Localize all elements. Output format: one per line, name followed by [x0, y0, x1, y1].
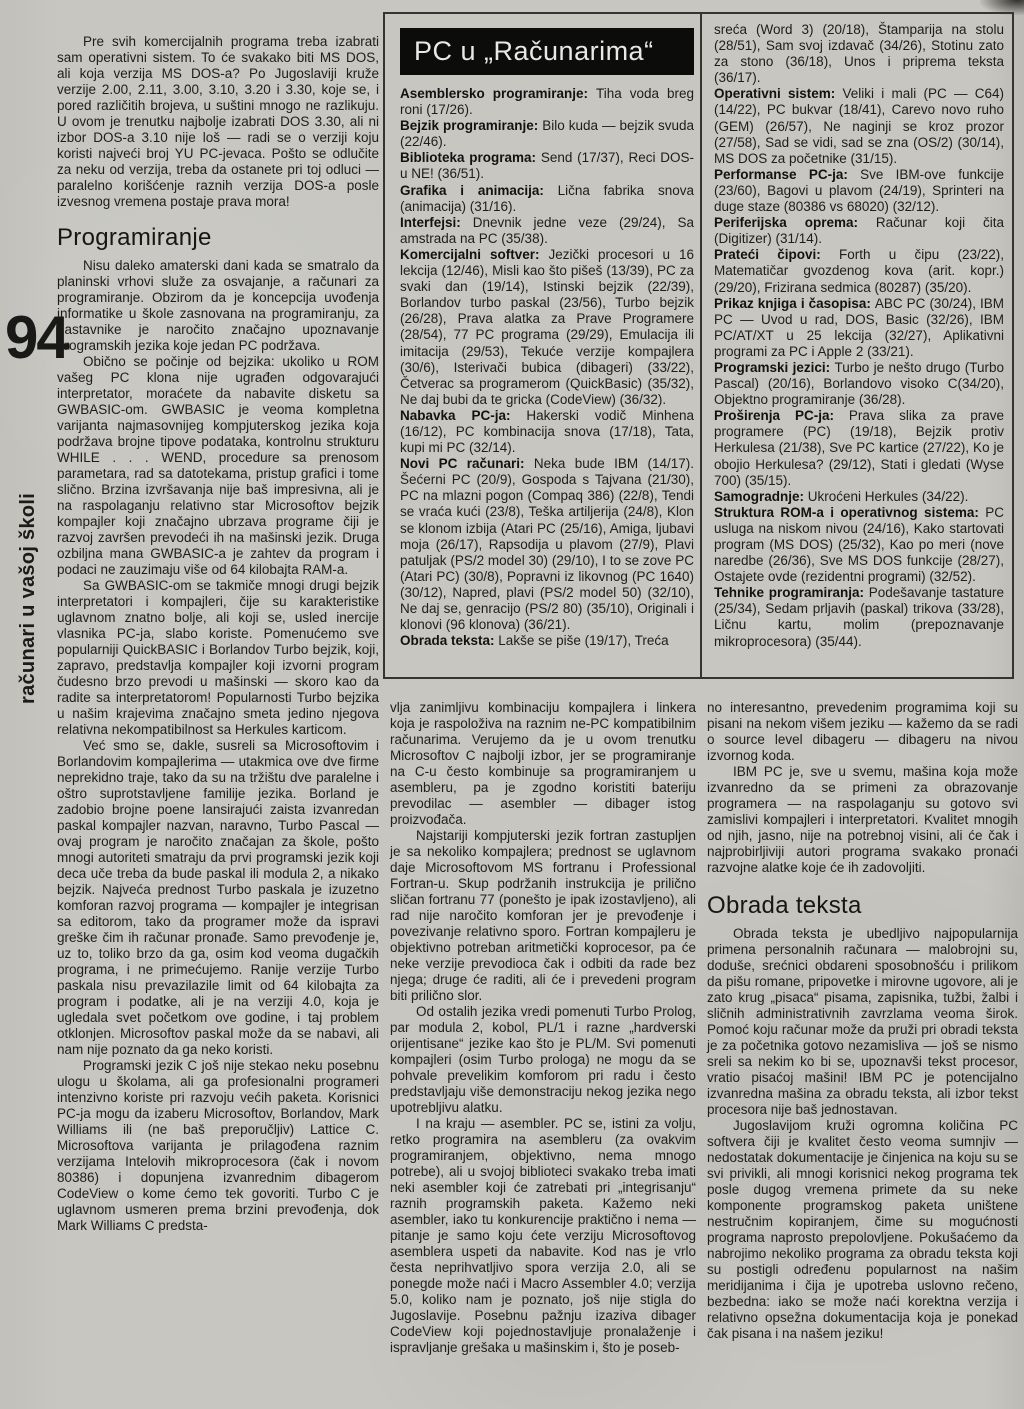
paragraph: no interesantno, prevedenim programima k…: [707, 700, 1018, 764]
index-entry: Asemblersko programiranje: Tiha voda bre…: [400, 86, 694, 118]
paragraph: Pre svih komercijalnih programa treba iz…: [57, 34, 379, 210]
index-entry: Proširenja PC-ja: Prava slika za prave p…: [714, 408, 1004, 488]
contents-index-box: PC u „Računarima“ Asemblersko programira…: [383, 12, 1014, 679]
paragraph: Sa GWBASIC-om se takmiče mnogi drugi bej…: [57, 578, 379, 738]
middle-column: vlja zanimljivu kombinaciju kompajlera i…: [390, 700, 696, 1356]
index-entry: Struktura ROM-a i operativnog sistema: P…: [714, 505, 1004, 585]
index-entry: Interfejsi: Dnevnik jedne veze (29/24), …: [400, 215, 694, 247]
index-entry: Obrada teksta: Lakše se piše (19/17), Tr…: [400, 633, 694, 649]
heading-programiranje: Programiranje: [57, 230, 379, 246]
left-column: Pre svih komercijalnih programa treba iz…: [57, 34, 379, 1234]
index-entry: Novi PC računari: Neka bude IBM (14/17).…: [400, 456, 694, 633]
index-entry: sreća (Word 3) (20/18), Štamparija na st…: [714, 22, 1004, 86]
index-title: PC u „Računarima“: [414, 43, 654, 59]
index-title-bar: PC u „Računarima“: [400, 28, 694, 75]
index-entry: Grafika i animacija: Lična fabrika snova…: [400, 183, 694, 215]
right-column: no interesantno, prevedenim programima k…: [707, 700, 1018, 1342]
index-entry: Operativni sistem: Veliki i mali (PC — C…: [714, 86, 1004, 166]
paragraph: IBM PC je, sve u svemu, mašina koja može…: [707, 764, 1018, 876]
index-entry: Bejzik programiranje: Bilo kuda — bejzik…: [400, 118, 694, 150]
index-entry: Tehnike programiranja: Podešavanje tasta…: [714, 585, 1004, 649]
heading-obrada-teksta: Obrada teksta: [707, 898, 1018, 914]
index-column-right: sreća (Word 3) (20/18), Štamparija na st…: [702, 14, 1012, 677]
paragraph: I na kraju — asembler. PC se, istini za …: [390, 1116, 696, 1356]
index-column-left: PC u „Računarima“ Asemblersko programira…: [385, 14, 702, 677]
index-col-2-entries: sreća (Word 3) (20/18), Štamparija na st…: [714, 22, 1004, 650]
paragraph: vlja zanimljivu kombinaciju kompajlera i…: [390, 700, 696, 828]
paragraph: Obično se počinje od bejzika: ukoliko u …: [57, 354, 379, 578]
section-edge-label: računari u vašoj školi: [17, 356, 40, 704]
index-entry: Biblioteka programa: Send (17/37), Reci …: [400, 150, 694, 182]
index-entry: Komercijalni softver: Jezički procesori …: [400, 247, 694, 408]
paragraph: Jugoslavijom kruži ogromna količina PC s…: [707, 1118, 1018, 1342]
paragraph: Od ostalih jezika vredi pomenuti Turbo P…: [390, 1004, 696, 1116]
magazine-page: 94 računari u vašoj školi Pre svih komer…: [0, 0, 1024, 1409]
index-entry: Periferijska oprema: Računar koji čita (…: [714, 215, 1004, 247]
paragraph: Već smo se, dakle, susreli sa Microsofto…: [57, 738, 379, 1058]
index-entry: Nabavka PC-ja: Hakerski vodič Minhena (1…: [400, 408, 694, 456]
index-col-1-entries: Asemblersko programiranje: Tiha voda bre…: [400, 86, 694, 649]
index-entry: Performanse PC-ja: Sve IBM-ove funkcije …: [714, 167, 1004, 215]
paragraph: Nisu daleko amaterski dani kada se smatr…: [57, 258, 379, 354]
index-entry: Prikaz knjiga i časopisa: ABC PC (30/24)…: [714, 296, 1004, 360]
index-entry: Programski jezici: Turbo je nešto drugo …: [714, 360, 1004, 408]
index-entry: Prateći čipovi: Forth u čipu (23/22), Ma…: [714, 247, 1004, 295]
paragraph: Programski jezik C još nije stekao neku …: [57, 1058, 379, 1234]
paragraph: Najstariji kompjuterski jezik fortran za…: [390, 828, 696, 1004]
index-entry: Samogradnje: Ukroćeni Herkules (34/22).: [714, 489, 1004, 505]
paragraph: Obrada teksta je ubedljivo najpopularnij…: [707, 926, 1018, 1118]
